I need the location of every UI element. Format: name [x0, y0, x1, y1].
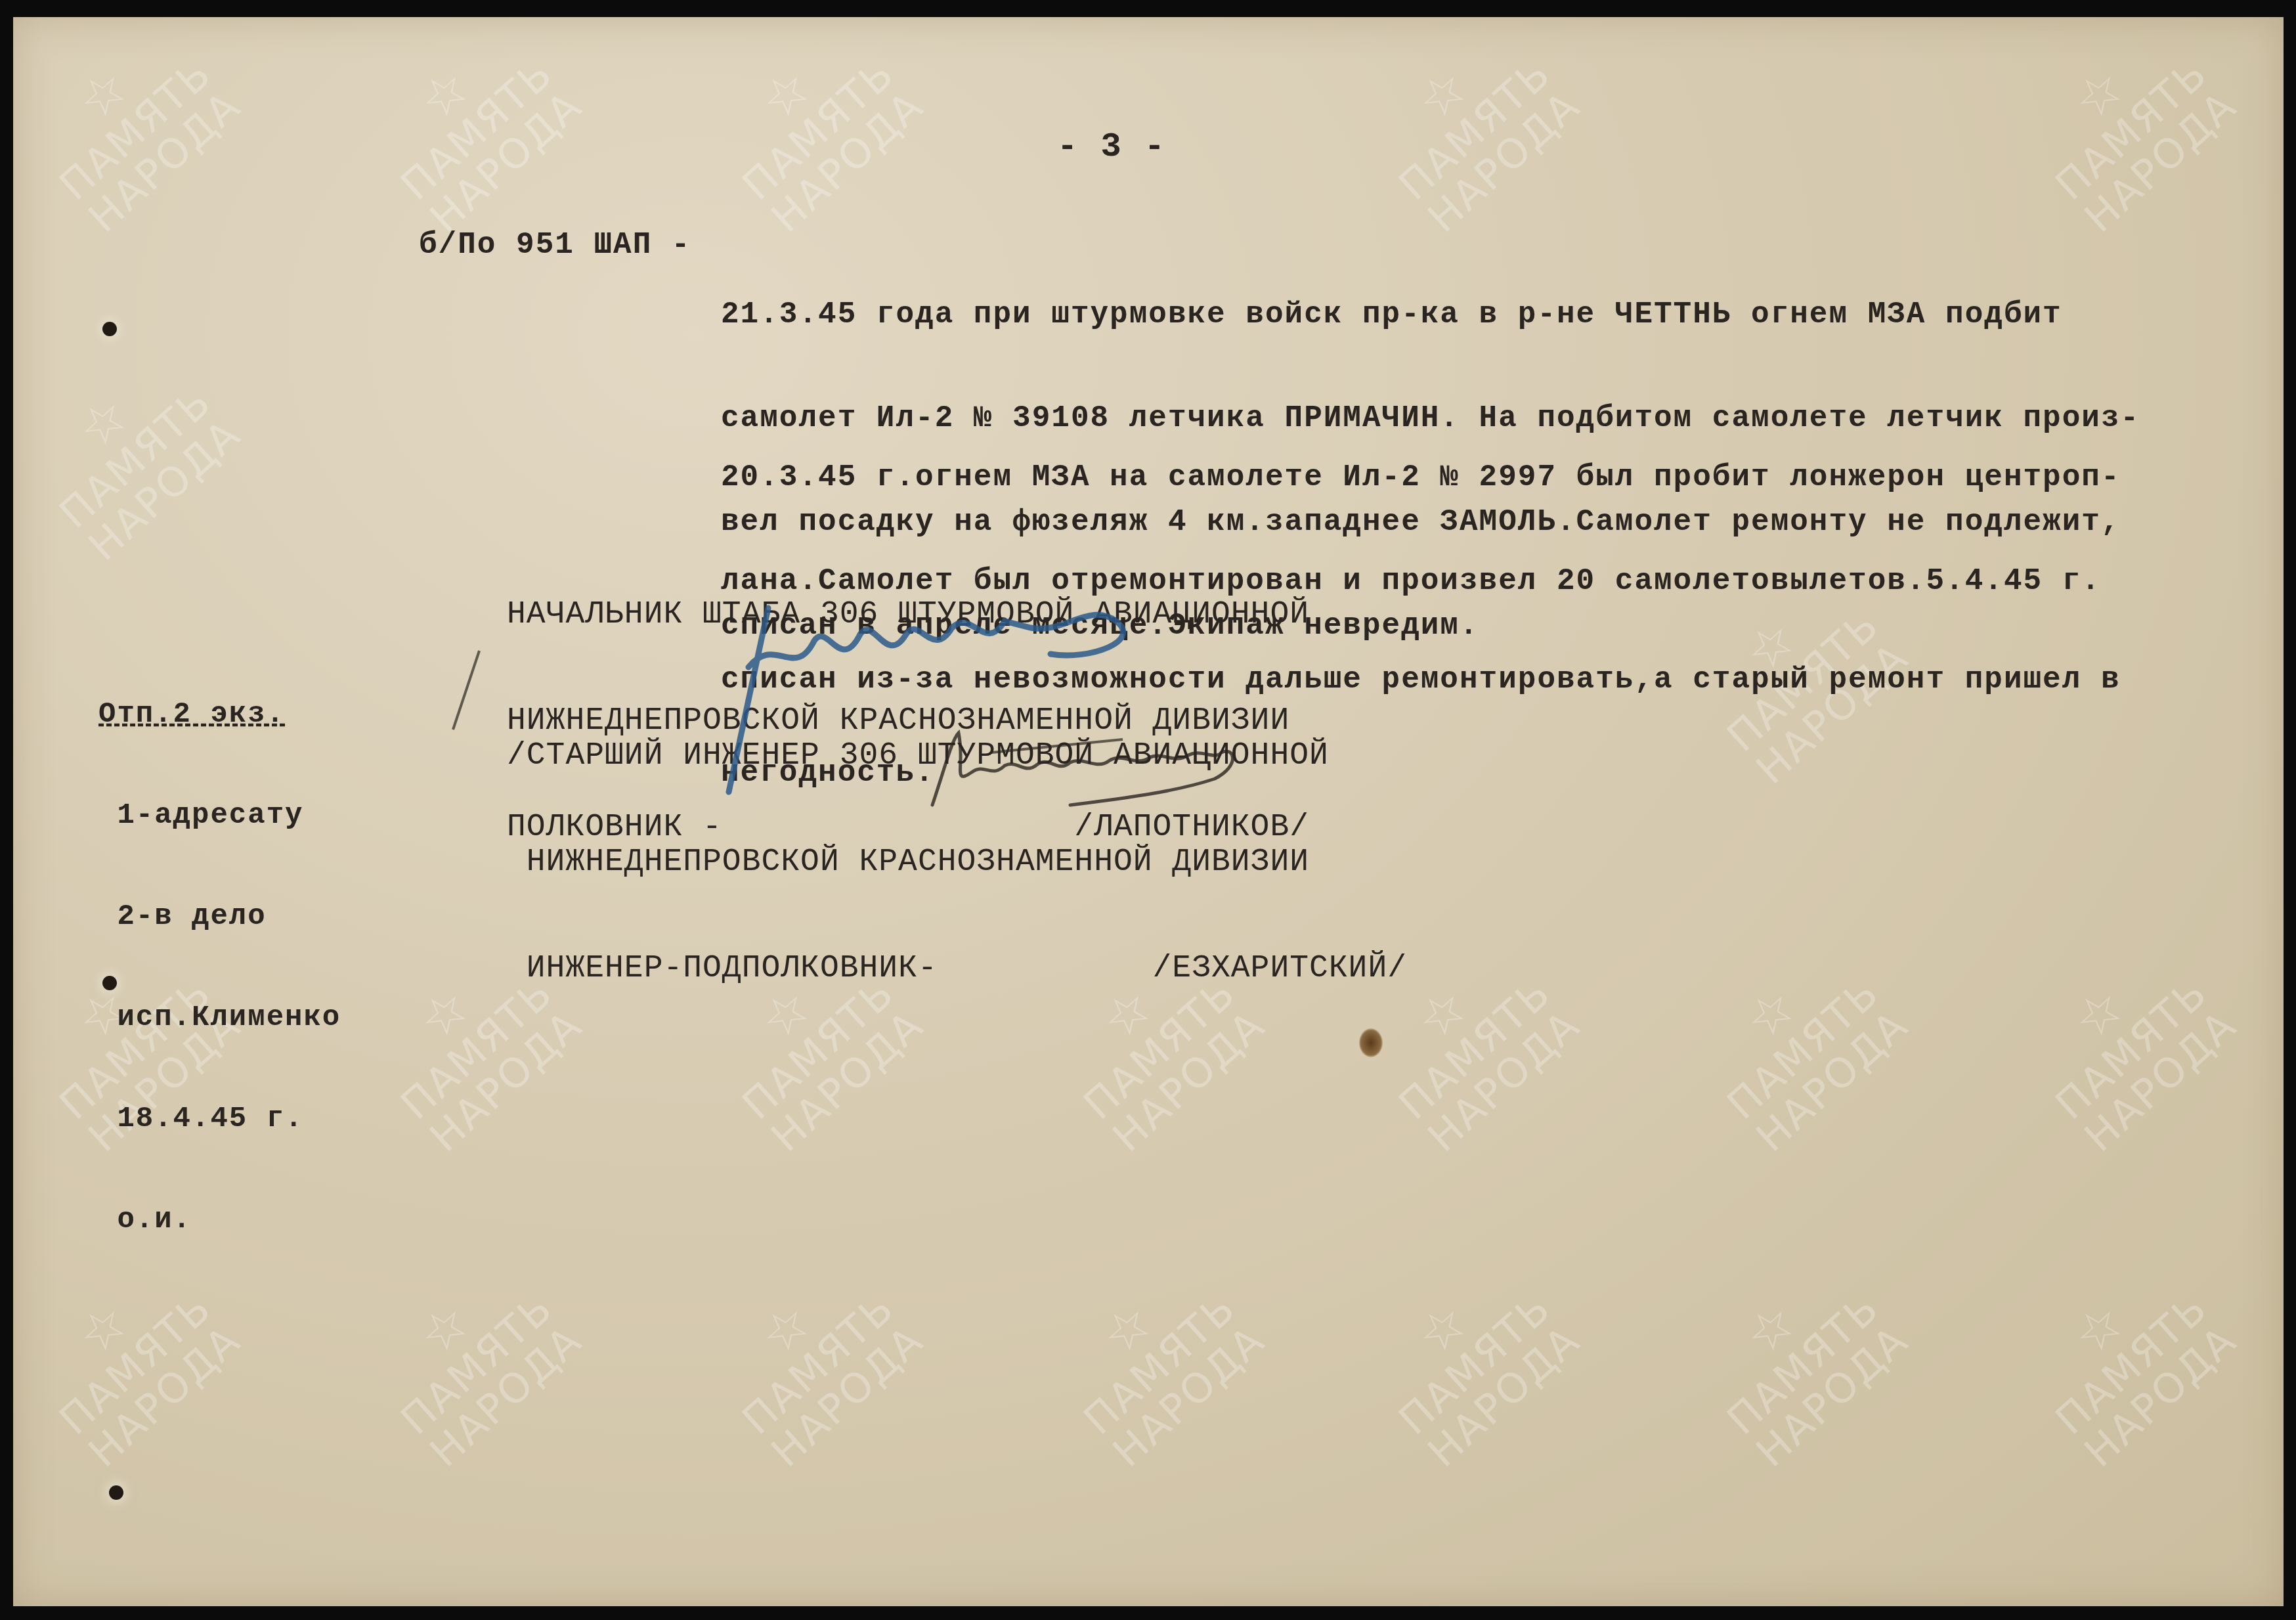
watermark: ☆ПАМЯТЬНАРОДА	[2013, 1246, 2245, 1475]
page-number: - 3 -	[1057, 127, 1166, 166]
star-icon: ☆	[1685, 1246, 1859, 1411]
star-icon: ☆	[2013, 931, 2187, 1095]
watermark: ☆ПАМЯТЬНАРОДА	[1685, 931, 1917, 1160]
star-icon: ☆	[358, 12, 532, 176]
watermark: ☆ПАМЯТЬНАРОДА	[1685, 1246, 1917, 1475]
watermark: ☆ПАМЯТЬНАРОДА	[2013, 12, 2245, 240]
star-icon: ☆	[1356, 1246, 1530, 1411]
star-icon: ☆	[2013, 1246, 2187, 1411]
signature-block-senior-engineer: /СТАРШИЙ ИНЖЕНЕР 306 ШТУРМОВОЙ АВИАЦИОНН…	[507, 667, 1407, 1057]
watermark: ☆ПАМЯТЬНАРОДА	[1356, 1246, 1588, 1475]
margin-mark-icon	[446, 647, 486, 733]
star-icon: ☆	[1685, 931, 1859, 1095]
star-icon: ☆	[700, 12, 874, 176]
document-page: ☆ПАМЯТЬНАРОДА ☆ПАМЯТЬНАРОДА ☆ПАМЯТЬНАРОД…	[13, 17, 2284, 1606]
watermark: ☆ПАМЯТЬНАРОДА	[17, 12, 249, 240]
star-icon: ☆	[17, 12, 191, 176]
star-icon: ☆	[358, 1246, 532, 1411]
star-icon: ☆	[358, 931, 532, 1095]
watermark: ☆ПАМЯТЬНАРОДА	[358, 12, 590, 240]
watermark: ☆ПАМЯТЬНАРОДА	[17, 340, 249, 569]
star-icon: ☆	[1041, 1246, 1215, 1411]
entry-label: б/По 951 ШАП -	[419, 227, 691, 263]
text-line: 21.3.45 года при штурмовке войск пр-ка в…	[721, 297, 2140, 332]
binding-hole	[109, 1485, 123, 1500]
text-line: 20.3.45 г.огнем МЗА на самолете Ил-2 № 2…	[721, 460, 2121, 495]
watermark: ☆ПАМЯТЬНАРОДА	[700, 1246, 932, 1475]
watermark: ☆ПАМЯТЬНАРОДА	[1356, 12, 1588, 240]
star-icon: ☆	[2013, 12, 2187, 176]
star-icon: ☆	[700, 1246, 874, 1411]
watermark: ☆ПАМЯТЬНАРОДА	[2013, 931, 2245, 1160]
copies-note: Отп.2 экз. 1-адресату 2-в дело исп.Климе…	[98, 631, 341, 1303]
watermark: ☆ПАМЯТЬНАРОДА	[1041, 1246, 1273, 1475]
watermark: ☆ПАМЯТЬНАРОДА	[358, 1246, 590, 1475]
star-icon: ☆	[17, 340, 191, 504]
binding-hole	[102, 322, 117, 336]
watermark: ☆ПАМЯТЬНАРОДА	[700, 12, 932, 240]
star-icon: ☆	[1356, 12, 1530, 176]
